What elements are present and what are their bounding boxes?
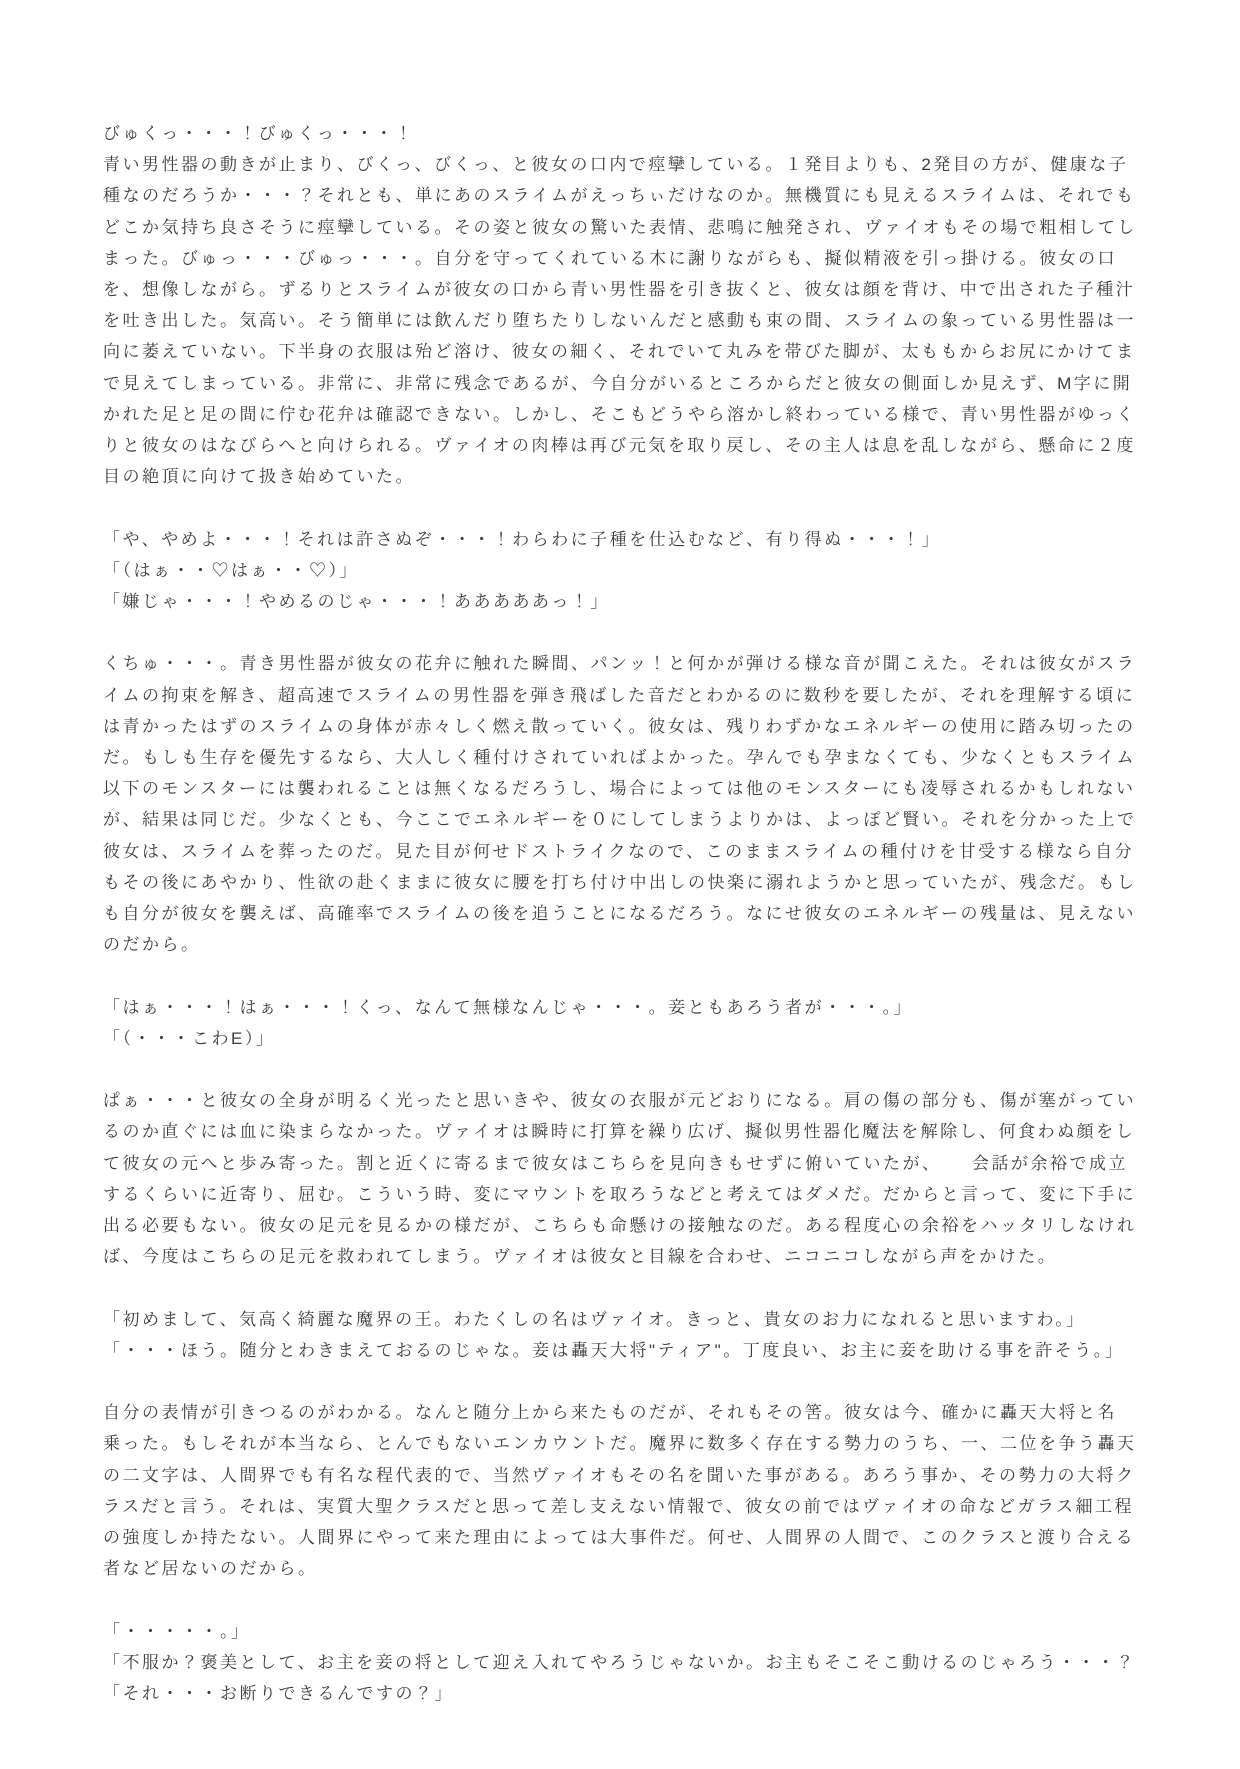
narration-paragraph-opening: びゅくっ・・・！びゅくっ・・・！ 青い男性器の動きが止まり、びくっ、びくっ、と彼… [103, 118, 1138, 492]
narration-paragraph-slime-destroyed: くちゅ・・・。青き男性器が彼女の花弁に触れた瞬間、パンッ！と何かが弾ける様な音が… [103, 648, 1138, 960]
dialogue-block-protest: 「や、やめよ・・・！それは許さぬぞ・・・！わらわに子種を仕込むなど、有り得ぬ・・… [103, 524, 1138, 618]
document-page: びゅくっ・・・！びゅくっ・・・！ 青い男性器の動きが止まり、びくっ、びくっ、と彼… [0, 0, 1240, 1769]
dialogue-block-panting: 「はぁ・・・！はぁ・・・！くっ、なんて無様なんじゃ・・・。妾ともあろう者が・・・… [103, 992, 1138, 1054]
dialogue-block-introduction: 「初めまして、気高く綺麗な魔界の王。わたくしの名はヴァイオ。きっと、貴女のお力に… [103, 1304, 1138, 1366]
dialogue-block-offer: 「・・・・・。」 「不服か？褒美として、お主を妾の将として迎え入れてやろうじゃな… [103, 1616, 1138, 1710]
narration-paragraph-gouten-taishou: 自分の表情が引きつるのがわかる。なんと随分上から来たものだが、それもその筈。彼女… [103, 1397, 1138, 1584]
narration-paragraph-approach: ぱぁ・・・と彼女の全身が明るく光ったと思いきや、彼女の衣服が元どおりになる。肩の… [103, 1085, 1138, 1272]
